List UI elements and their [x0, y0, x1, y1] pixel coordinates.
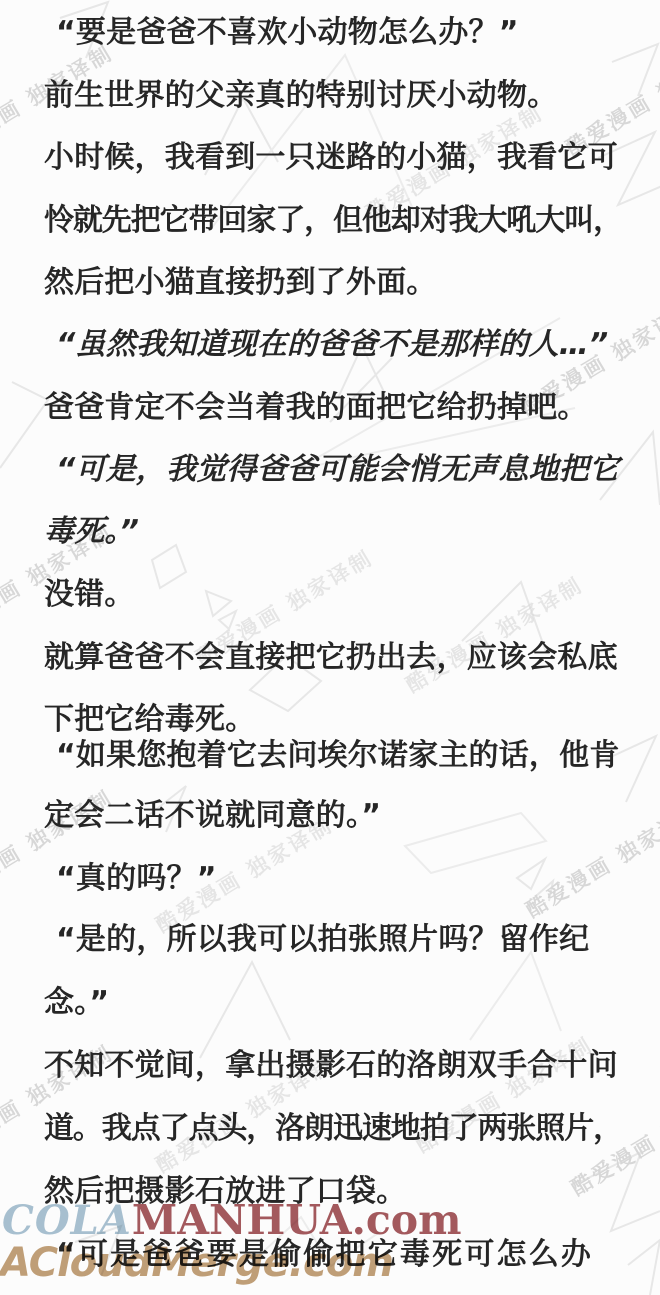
text-line: “虽然我知道现在的爸爸不是那样的人…”: [44, 328, 608, 361]
text-line: 毒死。”: [44, 515, 139, 548]
text-line: 没错。: [44, 578, 135, 611]
text-line: 怜就先把它带回家了，但他却对我大吼大叫，: [44, 204, 622, 237]
text-line: 道。我点了点头，洛朗迅速地拍了两张照片，: [44, 1112, 622, 1145]
text-line: 前生世界的父亲真的特别讨厌小动物。: [44, 79, 557, 112]
acloudmerge-watermark: ACloudMerge.com: [0, 1243, 393, 1283]
novel-page: 酷爱漫画 独家译制 酷爱漫画 独家译制 酷爱漫画 独家译制 酷爱漫画 独家译制 …: [0, 0, 660, 1295]
colamanhua-watermark: COLAMANHUA.com: [2, 1200, 462, 1241]
text-line: 下把它给毒死。: [44, 703, 255, 736]
dotcom-watermark-part: .com: [352, 1196, 462, 1244]
text-line: 爸爸肯定不会当着我的面把它给扔掉吧。: [44, 391, 588, 424]
manhua-watermark-part: MANHUA: [132, 1196, 352, 1244]
text-line: “要是爸爸不喜欢小动物怎么办？”: [44, 16, 519, 49]
text-line: “如果您抱着它去问埃尔诺家主的话，他肯: [44, 739, 620, 772]
text-line: 小时候，我看到一只迷路的小猫，我看它可: [44, 141, 618, 174]
text-line: 然后把小猫直接扔到了外面。: [44, 266, 437, 299]
text-line: “可是，我觉得爸爸可能会悄无声息地把它: [44, 453, 619, 486]
text-line: 念。”: [44, 986, 109, 1019]
text-line: 不知不觉间，拿出摄影石的洛朗双手合十问: [44, 1049, 618, 1082]
cola-watermark-part: COLA: [2, 1197, 132, 1244]
text-line: “真的吗？”: [44, 862, 217, 895]
text-line: 定会二话不说就同意的。”: [44, 799, 381, 832]
text-line: 就算爸爸不会直接把它扔出去，应该会私底: [44, 641, 618, 674]
text-line: “是的，所以我可以拍张照片吗？留作纪: [44, 923, 589, 956]
